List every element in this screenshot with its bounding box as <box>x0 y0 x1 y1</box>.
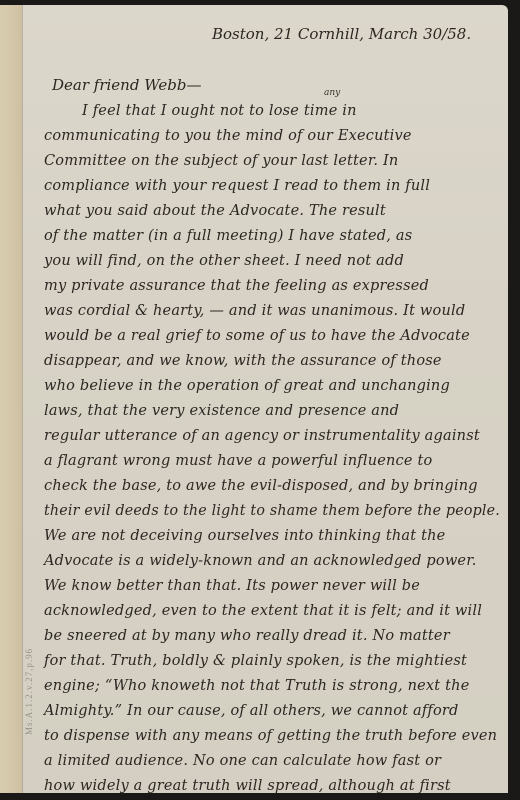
letter-line: check the base, to awe the evil-disposed… <box>44 478 478 494</box>
letter-line: what you said about the Advocate. The re… <box>44 203 386 219</box>
letter-line: engine; “Who knoweth not that Truth is s… <box>44 678 469 694</box>
letter-line: communicating to you the mind of our Exe… <box>44 128 412 144</box>
letter-line: We are not deceiving ourselves into thin… <box>44 528 445 544</box>
letter-salutation: Dear friend Webb— <box>52 76 202 94</box>
letter-line: their evil deeds to the light to shame t… <box>44 503 500 519</box>
scan-frame: Ms.A.1.2.v.27,p.96 Boston, 21 Cornhill, … <box>0 0 520 800</box>
letter-line: laws, that the very existence and presen… <box>44 403 399 419</box>
archive-call-number: Ms.A.1.2.v.27,p.96 <box>24 615 38 735</box>
letter-page <box>22 5 508 793</box>
letter-line: Almighty.” In our cause, of all others, … <box>44 703 459 719</box>
letter-line: Committee on the subject of your last le… <box>44 153 398 169</box>
letter-line: disappear, and we know, with the assuran… <box>44 353 442 369</box>
letter-line: We know better than that. Its power neve… <box>44 578 420 594</box>
letter-line: to dispense with any means of getting th… <box>44 728 497 744</box>
letter-line: a limited audience. No one can calculate… <box>44 753 441 769</box>
letter-line: of the matter (in a full meeting) I have… <box>44 228 412 244</box>
letter-line: Advocate is a widely-known and an acknow… <box>44 553 477 569</box>
letter-line: compliance with your request I read to t… <box>44 178 430 194</box>
interlinear-insert: any <box>324 88 340 98</box>
letter-line: regular utterance of an agency or instru… <box>44 428 480 444</box>
letter-line: I feel that I ought not to lose time in <box>82 103 357 119</box>
letter-line: who believe in the operation of great an… <box>44 378 450 394</box>
letter-line: how widely a great truth will spread, al… <box>44 778 451 794</box>
letter-line: be sneered at by many who really dread i… <box>44 628 450 644</box>
letter-line: a flagrant wrong must have a powerful in… <box>44 453 432 469</box>
letter-line: my private assurance that the feeling as… <box>44 278 429 294</box>
letter-line: acknowledged, even to the extent that it… <box>44 603 482 619</box>
mount-backing-strip <box>0 5 24 793</box>
letter-line: would be a real grief to some of us to h… <box>44 328 470 344</box>
letter-line: you will find, on the other sheet. I nee… <box>44 253 404 269</box>
letter-line: for that. Truth, boldly & plainly spoken… <box>44 653 467 669</box>
letter-line: was cordial & hearty, — and it was unani… <box>44 303 465 319</box>
letter-heading-place-date: Boston, 21 Cornhill, March 30/58. <box>212 25 471 43</box>
